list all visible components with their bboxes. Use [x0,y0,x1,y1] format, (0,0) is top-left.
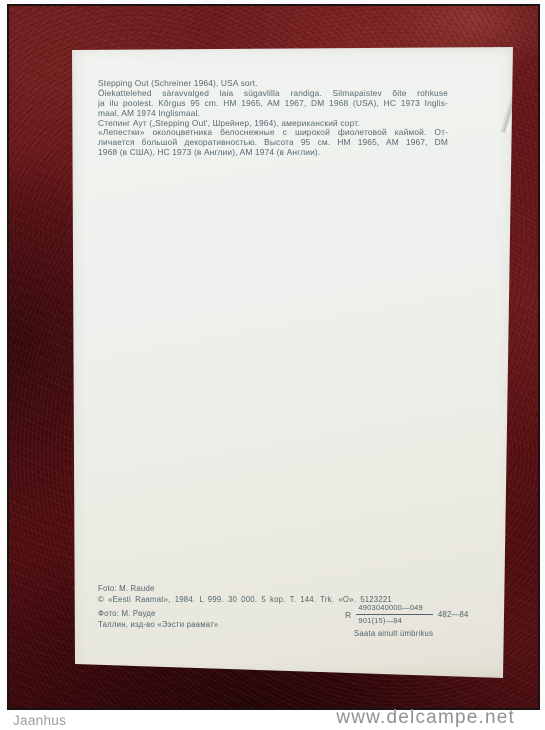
catalog-suffix: 482—84 [438,610,469,620]
seller-watermark: Jaanhus [13,713,66,728]
description-line: maal, AM 1974 Inglismaal. [98,109,448,119]
catalog-prefix: R [345,610,351,620]
description-line: Õiekattelehed säravvalged laia sügavlill… [98,89,448,99]
catalog-code-block: R 4903040000—049 901(15)—84 482—84 Saata… [345,603,469,639]
imprint-photographer-et: Foto: M. Raude [98,583,392,594]
description-line: Степинг Аут („Stepping Out', Шрейнер, 19… [98,119,448,129]
catalog-denominator: 901(15)—84 [356,615,433,626]
description-paragraph: Stepping Out (Schreiner 1964), USA sort.… [98,79,448,158]
description-line: личается большой декоративностью. Высота… [98,138,448,148]
catalog-code-row: R 4903040000—049 901(15)—84 482—84 [345,603,469,626]
catalog-numerator: 4903040000—049 [356,603,433,615]
postcard-photo-page: Stepping Out (Schreiner 1964), USA sort.… [0,0,545,730]
description-line: 1968 (в США), HC 1973 (в Англии), AM 197… [98,148,448,158]
description-line: Stepping Out (Schreiner 1964), USA sort. [98,79,448,89]
delcampe-watermark: www.delcampe.net [336,707,515,729]
description-line: «Лепестки» околоцветника белоснежные с ш… [98,128,448,138]
catalog-fraction: 4903040000—049 901(15)—84 [356,603,433,626]
mailing-note: Saata ainult ümbrikus [354,628,469,639]
description-line: ja ilu poolest. Kõrgus 95 cm. HM 1965, A… [98,99,448,109]
postcard-back: Stepping Out (Schreiner 1964), USA sort.… [72,47,513,678]
